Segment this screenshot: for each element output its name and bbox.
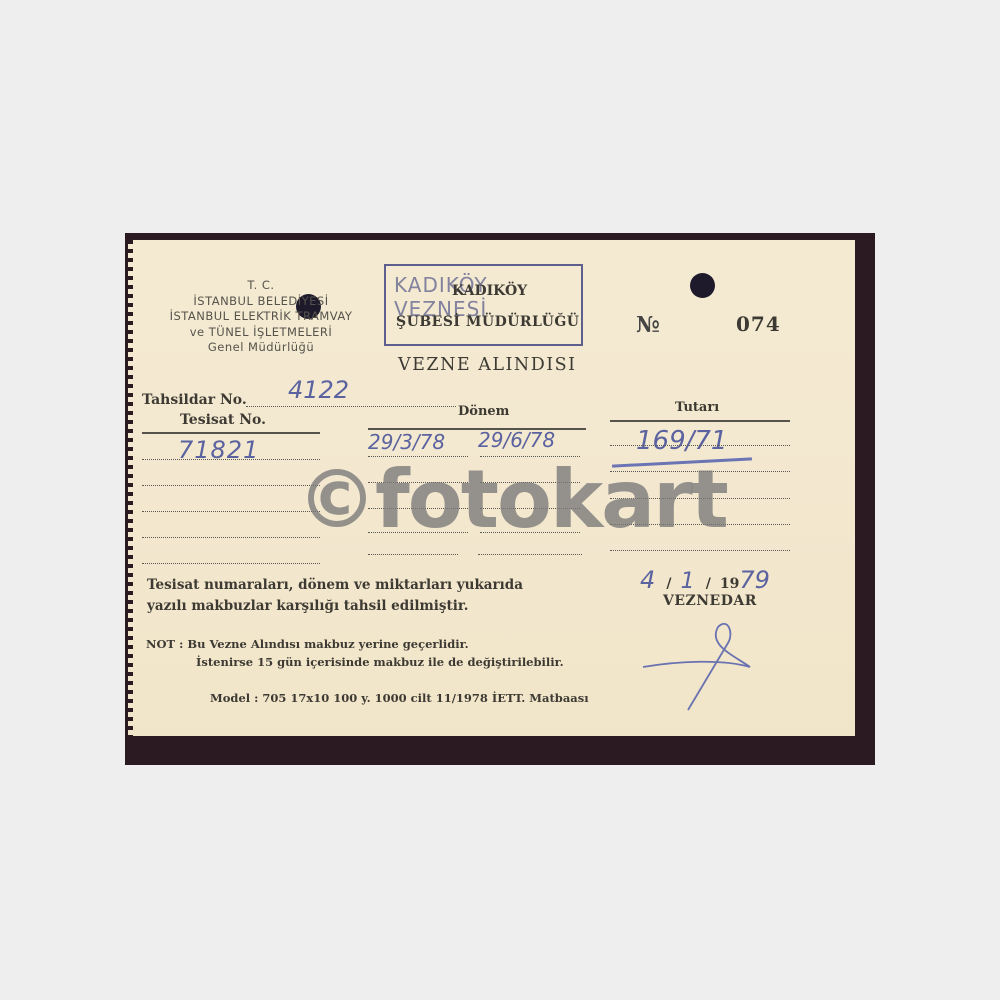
- stamp-line-1: KADIKÖY: [452, 283, 527, 299]
- header-line-tunel: ve TÜNEL İŞLETMELERİ: [146, 325, 376, 341]
- date-year-printed: 19: [720, 576, 739, 592]
- cashier-label: VEZNEDAR: [663, 593, 757, 609]
- header-line-directorate: Genel Müdürlüğü: [146, 340, 376, 356]
- perforated-edge: [128, 240, 133, 736]
- col2-row-line: [478, 554, 582, 555]
- col1-row-line: [142, 459, 320, 460]
- document-title: VEZNE ALINDISI: [398, 355, 577, 375]
- col1-row-line: [142, 511, 320, 512]
- column-header-donem: Dönem: [458, 404, 509, 419]
- issuer-header: T. C. İSTANBUL BELEDİYESİ İSTANBUL ELEKT…: [146, 278, 376, 356]
- col3-header-rule: [610, 420, 790, 422]
- col1-row-line: [142, 563, 320, 564]
- column-header-tutari: Tutarı: [675, 400, 719, 415]
- col3-row-line: [610, 445, 790, 446]
- branch-stamp: KADIKÖY VEZNESİ KADIKÖY ŞUBESİ MÜDÜRLÜĞÜ: [384, 264, 583, 346]
- note-line-2: İstenirse 15 gün içerisinde makbuz ile d…: [146, 653, 564, 671]
- note-block: NOT : Bu Vezne Alındısı makbuz yerine ge…: [146, 635, 564, 671]
- header-line-tc: T. C.: [146, 278, 376, 294]
- header-line-iett: İSTANBUL ELEKTRİK TRAMVAY: [146, 309, 376, 325]
- cell-donem-from: 29/3/78: [368, 430, 445, 454]
- fotokart-watermark: ©fotokart: [297, 460, 727, 540]
- date-year-handwritten: 79: [739, 566, 770, 594]
- date-field: 4 / 1 / 1979: [640, 566, 770, 594]
- note-prefix: NOT :: [146, 637, 183, 651]
- number-sign: №: [636, 312, 660, 338]
- tahsildar-line: [246, 406, 456, 407]
- col1-header-rule: [142, 432, 320, 434]
- date-day: 4: [640, 566, 655, 594]
- statement-line-2: yazılı makbuzlar karşılığı tahsil edilmi…: [147, 596, 523, 617]
- col1-row-line: [142, 485, 320, 486]
- date-sep-1: /: [666, 576, 671, 592]
- col3-row-line: [610, 550, 790, 551]
- statement-line-1: Tesisat numaraları, dönem ve miktarları …: [147, 575, 523, 596]
- col1-row-line: [142, 537, 320, 538]
- receipt-number: 074: [736, 312, 781, 336]
- cashier-signature: [638, 615, 758, 715]
- note-line-1: Bu Vezne Alındısı makbuz yerine geçerlid…: [187, 637, 468, 651]
- header-line-municipality: İSTANBUL BELEDİYESİ: [146, 294, 376, 310]
- date-month: 1: [681, 569, 695, 594]
- col2-row-line: [368, 554, 458, 555]
- tahsildar-value: 4122: [288, 376, 349, 404]
- cell-donem-to: 29/6/78: [478, 428, 555, 452]
- column-header-tesisat: Tesisat No.: [180, 412, 266, 428]
- date-sep-2: /: [706, 576, 711, 592]
- tahsildar-label: Tahsildar No.: [142, 392, 247, 408]
- statement-text: Tesisat numaraları, dönem ve miktarları …: [147, 575, 523, 617]
- cell-tutari: 169/71: [636, 426, 727, 456]
- print-model-footer: Model : 705 17x10 100 y. 1000 cilt 11/19…: [210, 689, 589, 707]
- punch-hole-right: [690, 273, 715, 298]
- stamp-line-2: ŞUBESİ MÜDÜRLÜĞÜ: [396, 314, 580, 330]
